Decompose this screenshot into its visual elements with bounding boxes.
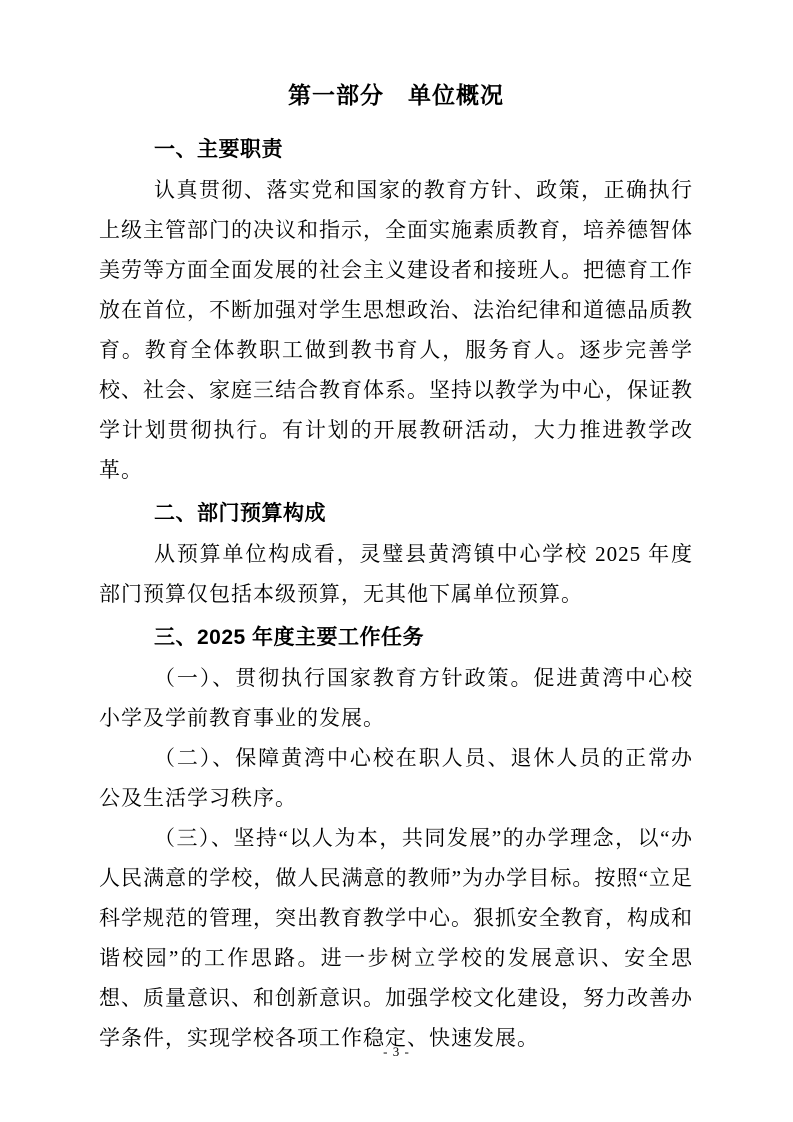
section-work-tasks: 三、2025 年度主要工作任务 （一）、贯彻执行国家教育方针政策。促进黄湾中心校… [99, 618, 693, 1058]
page-title: 第一部分 单位概况 [99, 80, 693, 110]
body-paragraph: 从预算单位构成看，灵璧县黄湾镇中心学校 2025 年度部门预算仅包括本级预算，无… [99, 534, 693, 614]
section-main-duties: 一、主要职责 认真贯彻、落实党和国家的教育方针、政策，正确执行上级主管部门的决议… [99, 130, 693, 490]
section-heading-main-duties: 一、主要职责 [99, 130, 693, 170]
section-heading-budget-composition: 二、部门预算构成 [99, 494, 693, 534]
body-paragraph: （三）、坚持“以人为本，共同发展”的办学理念，以“办人民满意的学校，做人民满意的… [99, 818, 693, 1058]
section-heading-work-tasks: 三、2025 年度主要工作任务 [99, 618, 693, 658]
body-paragraph: 认真贯彻、落实党和国家的教育方针、政策，正确执行上级主管部门的决议和指示，全面实… [99, 170, 693, 490]
body-paragraph: （一）、贯彻执行国家教育方针政策。促进黄湾中心校小学及学前教育事业的发展。 [99, 658, 693, 738]
document-page: 第一部分 单位概况 一、主要职责 认真贯彻、落实党和国家的教育方针、政策，正确执… [0, 0, 793, 1122]
page-number: - 3 - [0, 1044, 793, 1060]
section-budget-composition: 二、部门预算构成 从预算单位构成看，灵璧县黄湾镇中心学校 2025 年度部门预算… [99, 494, 693, 614]
body-paragraph: （二）、保障黄湾中心校在职人员、退休人员的正常办公及生活学习秩序。 [99, 738, 693, 818]
